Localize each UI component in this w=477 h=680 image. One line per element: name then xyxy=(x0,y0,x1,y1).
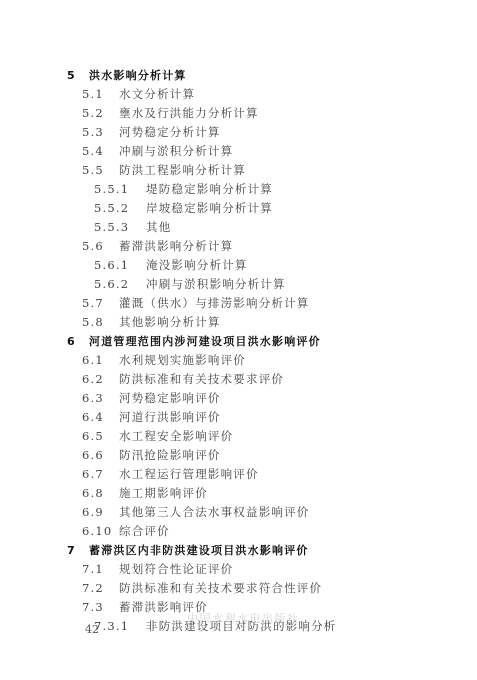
toc-number: 5.2 xyxy=(82,104,119,123)
page-number: 42 xyxy=(85,623,99,636)
toc-section: 6.10 综合评价 xyxy=(0,522,477,541)
toc-section: 6.8施工期影响评价 xyxy=(0,484,477,503)
toc-section: 5.1水文分析计算 xyxy=(0,85,477,104)
toc-number: 5 xyxy=(67,66,89,85)
toc-number: 5.6.2 xyxy=(94,275,146,294)
toc-number: 6.3 xyxy=(82,389,119,408)
toc-title: 河道行洪影响评价 xyxy=(119,408,221,427)
toc-number: 6.10 xyxy=(82,522,119,541)
toc-number: 7.1 xyxy=(82,560,119,579)
toc-subsection: 5.6.2冲刷与淤积影响分析计算 xyxy=(0,275,477,294)
toc-number: 5.5 xyxy=(82,161,119,180)
toc-number: 6 xyxy=(67,332,89,351)
toc-section: 5.6蓄滞洪影响分析计算 xyxy=(0,237,477,256)
toc-title: 蓄滞洪影响分析计算 xyxy=(119,237,233,256)
toc-section: 5.8其他影响分析计算 xyxy=(0,313,477,332)
toc-title: 水利规划实施影响评价 xyxy=(119,351,246,370)
toc-section: 6.5水工程安全影响评价 xyxy=(0,427,477,446)
toc-number: 6.5 xyxy=(82,427,119,446)
toc-title: 水工程运行管理影响评价 xyxy=(119,465,259,484)
toc-number: 5.3 xyxy=(82,123,119,142)
toc-section: 6.4河道行洪影响评价 xyxy=(0,408,477,427)
toc-title: 灌溉（供水）与排涝影响分析计算 xyxy=(119,294,310,313)
toc-title: 施工期影响评价 xyxy=(119,484,208,503)
toc-number: 6.9 xyxy=(82,503,119,522)
toc-title: 洪水影响分析计算 xyxy=(89,66,187,85)
toc-number: 5.5.3 xyxy=(94,218,146,237)
toc-section: 6.6防汛抢险影响评价 xyxy=(0,446,477,465)
toc-chapter: 6河道管理范围内涉河建设项目洪水影响评价 xyxy=(0,332,477,351)
toc-title: 河势稳定影响评价 xyxy=(119,389,221,408)
toc-title: 防洪工程影响分析计算 xyxy=(119,161,246,180)
toc-title: 防洪标准和有关技术要求评价 xyxy=(119,370,284,389)
toc-section: 5.4冲刷与淤积分析计算 xyxy=(0,142,477,161)
toc-number: 6.8 xyxy=(82,484,119,503)
table-of-contents: 5洪水影响分析计算5.1水文分析计算5.2壅水及行洪能力分析计算5.3河势稳定分… xyxy=(0,66,477,636)
toc-section: 7.2防洪标准和有关技术要求符合性评价 xyxy=(0,579,477,598)
toc-section: 6.7水工程运行管理影响评价 xyxy=(0,465,477,484)
toc-title: 其他 xyxy=(146,218,171,237)
toc-number: 5.5.2 xyxy=(94,199,146,218)
toc-title: 岸坡稳定影响分析计算 xyxy=(146,199,273,218)
toc-number: 5.8 xyxy=(82,313,119,332)
toc-number: 6.7 xyxy=(82,465,119,484)
toc-number: 5.7 xyxy=(82,294,119,313)
publisher-watermark: 中国水利水电出版社 xyxy=(187,610,300,626)
toc-section: 6.3河势稳定影响评价 xyxy=(0,389,477,408)
toc-number: 6.4 xyxy=(82,408,119,427)
toc-title: 冲刷与淤积影响分析计算 xyxy=(146,275,286,294)
toc-chapter: 5洪水影响分析计算 xyxy=(0,66,477,85)
toc-section: 6.2防洪标准和有关技术要求评价 xyxy=(0,370,477,389)
toc-subsection: 5.5.2岸坡稳定影响分析计算 xyxy=(0,199,477,218)
toc-number: 6.2 xyxy=(82,370,119,389)
toc-number: 5.6 xyxy=(82,237,119,256)
toc-title: 防汛抢险影响评价 xyxy=(119,446,221,465)
toc-title: 淹没影响分析计算 xyxy=(146,256,248,275)
toc-title: 蓄滞洪区内非防洪建设项目洪水影响评价 xyxy=(89,541,309,560)
toc-title: 综合评价 xyxy=(119,522,170,541)
toc-subsection: 5.6.1淹没影响分析计算 xyxy=(0,256,477,275)
toc-section: 6.9其他第三人合法水事权益影响评价 xyxy=(0,503,477,522)
toc-title: 防洪标准和有关技术要求符合性评价 xyxy=(119,579,322,598)
toc-section: 7.1规划符合性论证评价 xyxy=(0,560,477,579)
toc-section: 5.7灌溉（供水）与排涝影响分析计算 xyxy=(0,294,477,313)
toc-title: 其他影响分析计算 xyxy=(119,313,221,332)
toc-title: 河势稳定分析计算 xyxy=(119,123,221,142)
toc-number: 7 xyxy=(67,541,89,560)
toc-title: 冲刷与淤积分析计算 xyxy=(119,142,233,161)
toc-title: 水工程安全影响评价 xyxy=(119,427,233,446)
toc-number: 5.1 xyxy=(82,85,119,104)
toc-number: 5.5.1 xyxy=(94,180,146,199)
toc-title: 堤防稳定影响分析计算 xyxy=(146,180,273,199)
toc-number: 5.6.1 xyxy=(94,256,146,275)
toc-subsection: 5.5.3其他 xyxy=(0,218,477,237)
toc-section: 5.3河势稳定分析计算 xyxy=(0,123,477,142)
toc-title: 壅水及行洪能力分析计算 xyxy=(119,104,259,123)
toc-subsection: 5.5.1堤防稳定影响分析计算 xyxy=(0,180,477,199)
toc-number: 5.4 xyxy=(82,142,119,161)
toc-title: 其他第三人合法水事权益影响评价 xyxy=(119,503,310,522)
toc-section: 5.2壅水及行洪能力分析计算 xyxy=(0,104,477,123)
toc-section: 6.1水利规划实施影响评价 xyxy=(0,351,477,370)
toc-number: 7.3 xyxy=(82,598,119,617)
toc-section: 5.5防洪工程影响分析计算 xyxy=(0,161,477,180)
toc-chapter: 7蓄滞洪区内非防洪建设项目洪水影响评价 xyxy=(0,541,477,560)
toc-number: 7.3.1 xyxy=(94,617,146,636)
toc-number: 6.1 xyxy=(82,351,119,370)
toc-title: 河道管理范围内涉河建设项目洪水影响评价 xyxy=(89,332,321,351)
toc-number: 7.2 xyxy=(82,579,119,598)
toc-number: 6.6 xyxy=(82,446,119,465)
toc-title: 规划符合性论证评价 xyxy=(119,560,233,579)
toc-title: 水文分析计算 xyxy=(119,85,195,104)
